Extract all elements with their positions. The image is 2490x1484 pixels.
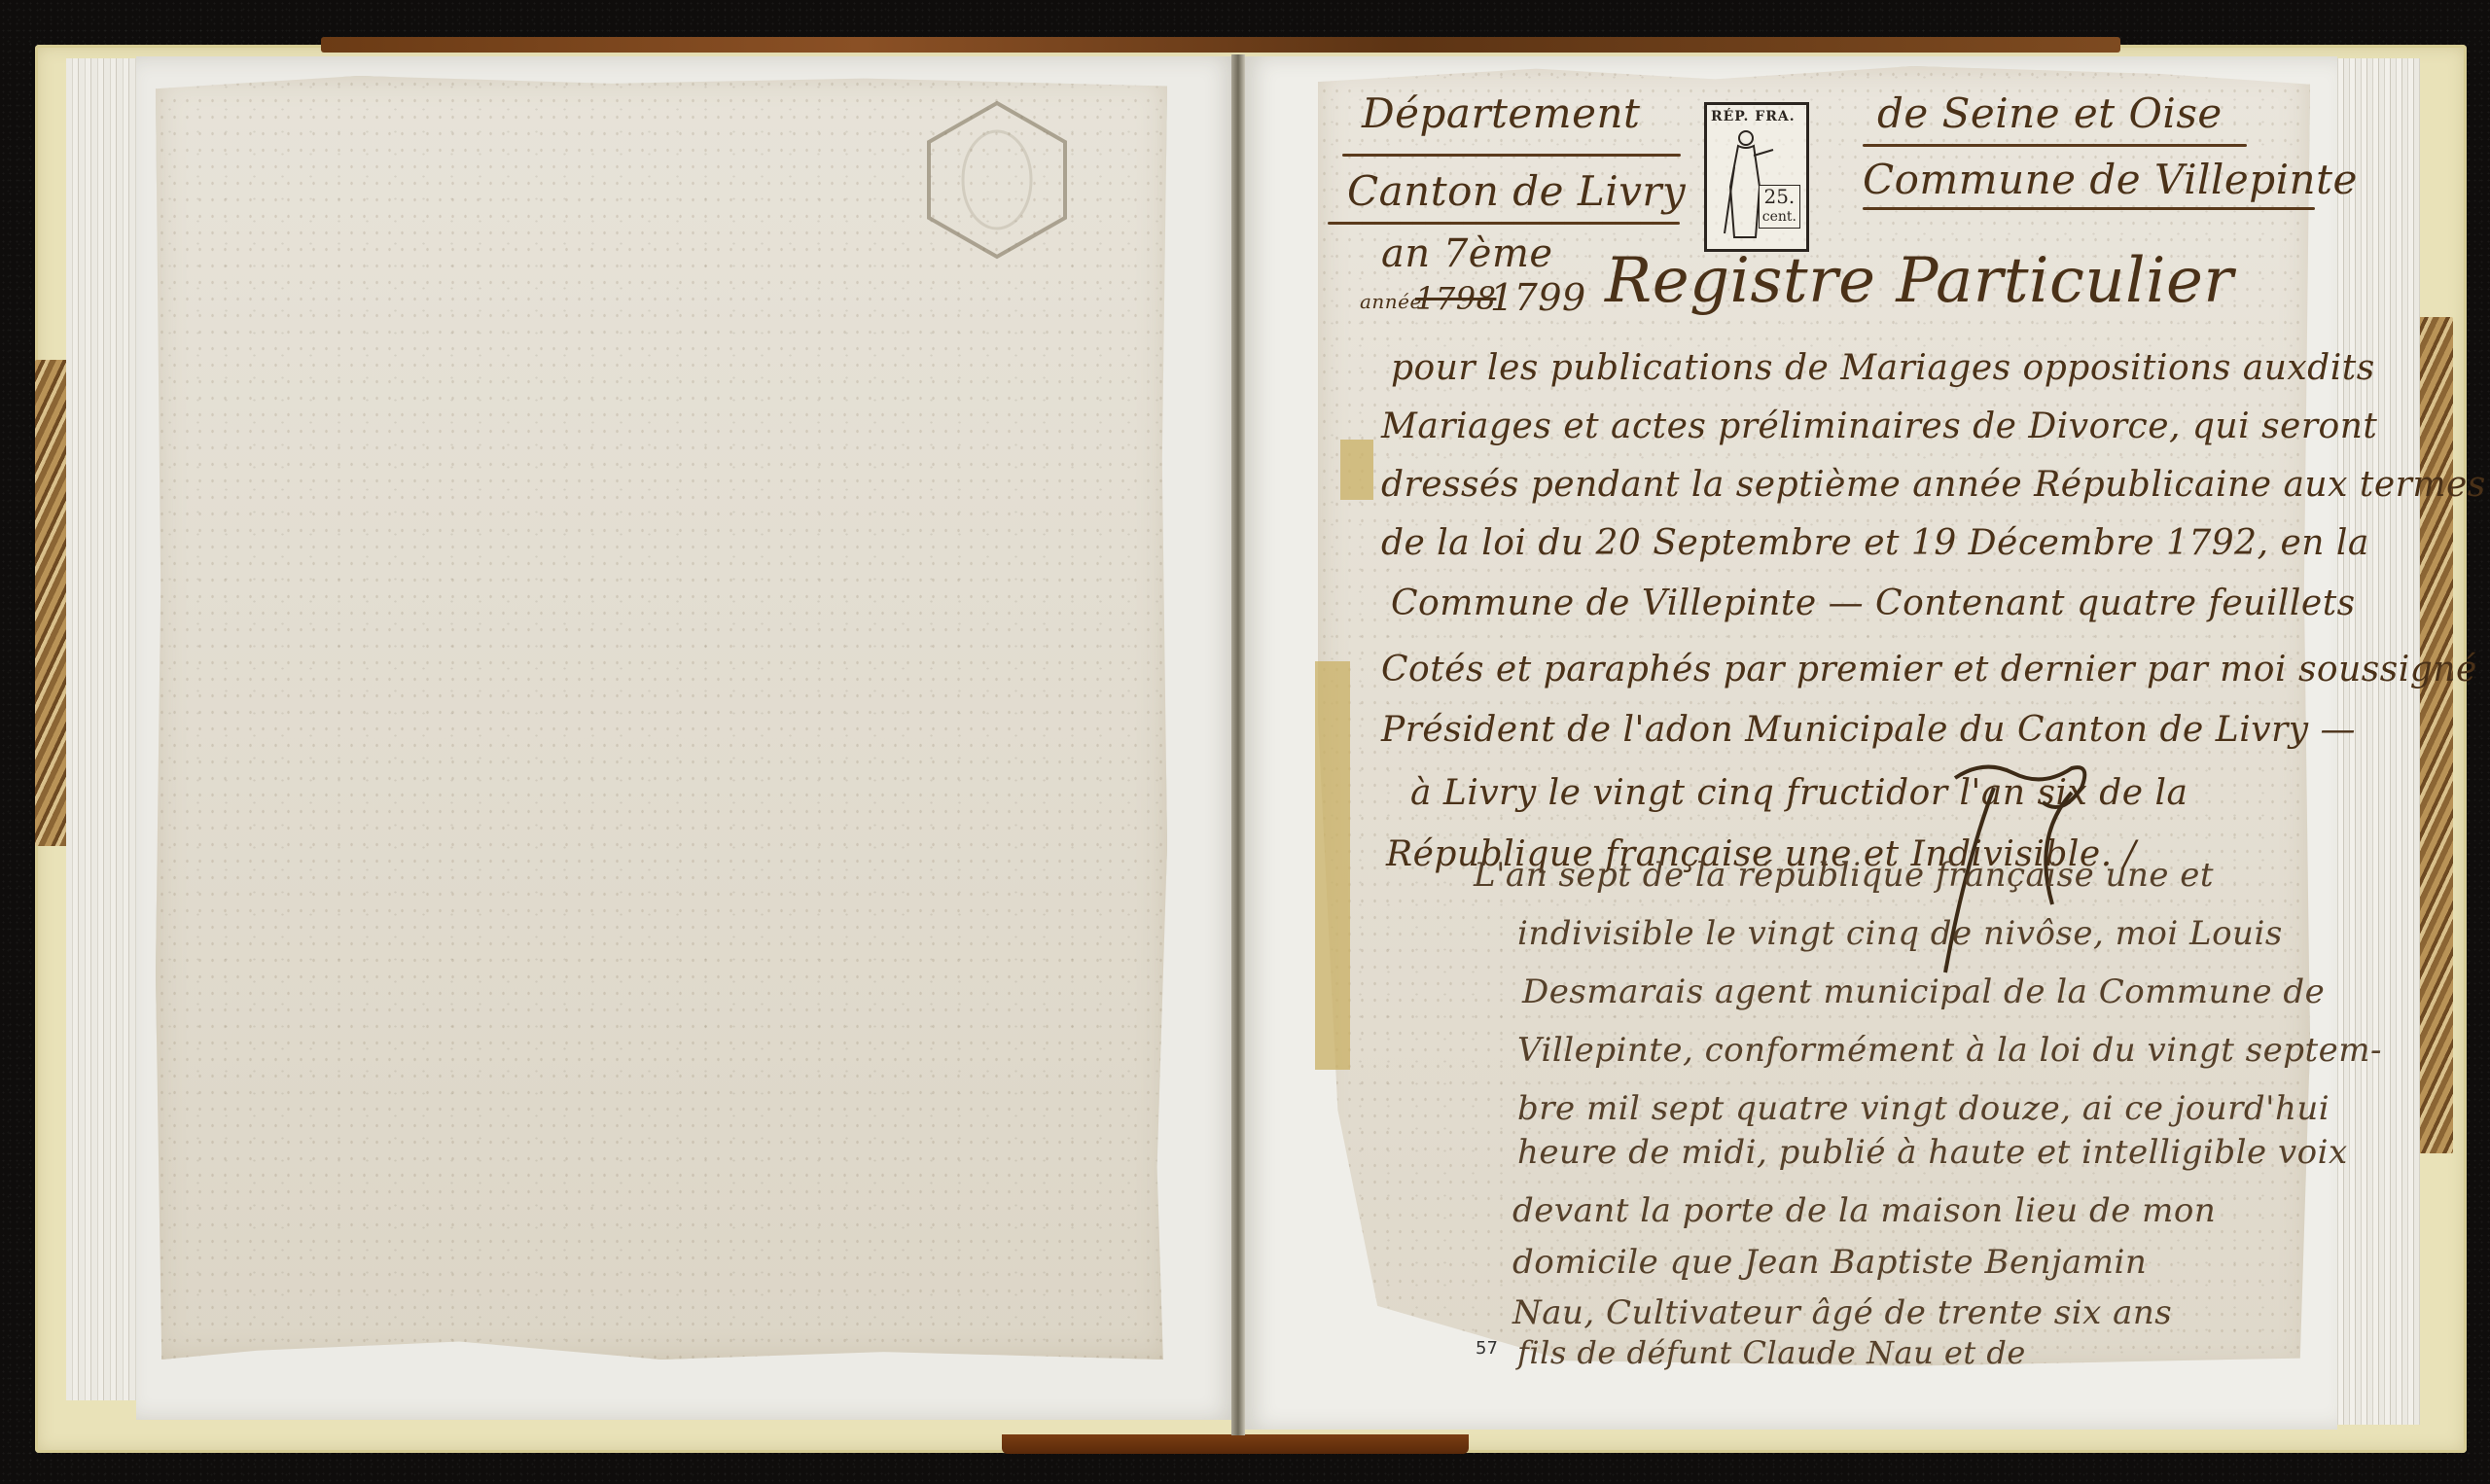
entry-line: L'an sept de la république française une… bbox=[1474, 856, 2214, 895]
book-spine-bottom bbox=[1002, 1434, 1469, 1454]
struck-year: 1798 bbox=[1415, 280, 1496, 317]
canton-label: Canton de Livry bbox=[1347, 167, 1686, 215]
hexagonal-blind-stamp-icon bbox=[919, 97, 1075, 263]
year-note-prefix: année bbox=[1360, 290, 1422, 313]
entry-line: Villepinte, conformément à la loi du vin… bbox=[1517, 1031, 2382, 1070]
book-gutter bbox=[1231, 54, 1245, 1435]
entry-line: fils de défunt Claude Nau et de bbox=[1517, 1334, 2026, 1371]
marbled-endpaper-left bbox=[35, 360, 68, 846]
departement-label: Département bbox=[1362, 89, 1640, 137]
entry-line: Desmarais agent municipal de la Commune … bbox=[1522, 972, 2325, 1011]
entry-line: heure de midi, publié à haute et intelli… bbox=[1517, 1133, 2348, 1172]
register-title: Registre Particulier bbox=[1605, 245, 2233, 317]
revenue-stamp: RÉP. FRA. 25.cent. bbox=[1704, 102, 1809, 252]
year-note-line1: an 7ème bbox=[1381, 231, 1553, 276]
header-rule bbox=[1342, 154, 1681, 157]
folio-number: 57 bbox=[1476, 1338, 1498, 1359]
preamble-line: dressés pendant la septième année Républ… bbox=[1381, 465, 2486, 505]
header-rule bbox=[1863, 144, 2247, 147]
entry-line: bre mil sept quatre vingt douze, ai ce j… bbox=[1517, 1089, 2330, 1128]
entry-line: devant la porte de la maison lieu de mon bbox=[1512, 1191, 2216, 1230]
preamble-line: pour les publications de Mariages opposi… bbox=[1391, 348, 2375, 388]
book-spine-top bbox=[321, 37, 2120, 53]
preamble-line: Mariages et actes préliminaires de Divor… bbox=[1381, 406, 2377, 446]
entry-line: domicile que Jean Baptiste Benjamin bbox=[1512, 1243, 2147, 1282]
tape-residue bbox=[1315, 661, 1350, 1070]
revenue-stamp-text: RÉP. FRA. bbox=[1711, 109, 1796, 124]
preamble-line: Président de l'adon Municipale du Canton… bbox=[1381, 710, 2356, 750]
revenue-stamp-value: 25.cent. bbox=[1759, 185, 1800, 229]
header-rule bbox=[1863, 207, 2315, 210]
entry-line: indivisible le vingt cinq de nivôse, moi… bbox=[1517, 914, 2283, 953]
header-rule bbox=[1328, 222, 1680, 225]
commune-label: Commune de Villepinte bbox=[1863, 156, 2358, 203]
left-page bbox=[156, 76, 1167, 1360]
departement-value: de Seine et Oise bbox=[1877, 89, 2223, 137]
preamble-line: Cotés et paraphés par premier et dernier… bbox=[1381, 650, 2477, 689]
preamble-line: Commune de Villepinte — Contenant quatre… bbox=[1391, 583, 2356, 623]
preamble-line: de la loi du 20 Septembre et 19 Décembre… bbox=[1381, 523, 2369, 563]
year-value: 1799 bbox=[1490, 276, 1586, 319]
entry-line: Nau, Cultivateur âgé de trente six ans bbox=[1512, 1293, 2172, 1332]
tape-residue bbox=[1340, 440, 1373, 500]
marbled-endpaper-right bbox=[2418, 317, 2453, 1153]
